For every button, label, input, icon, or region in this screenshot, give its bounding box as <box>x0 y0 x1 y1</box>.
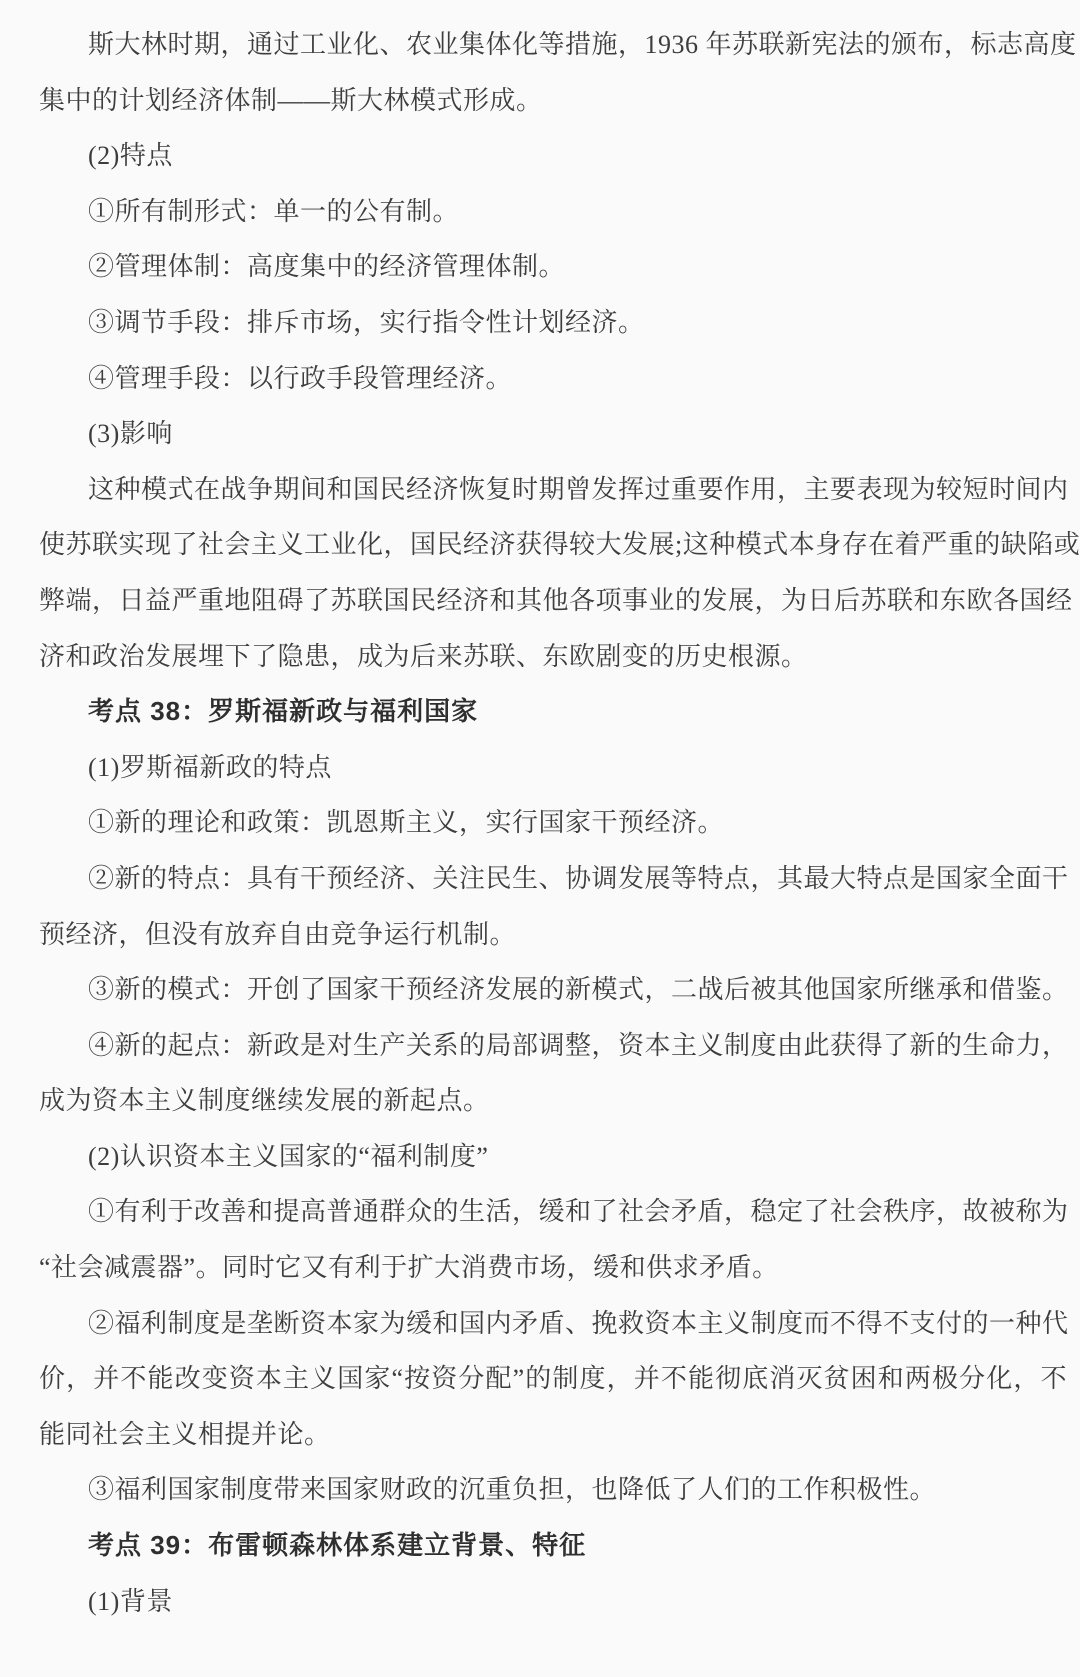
text-line: ②新的特点：具有干预经济、关注民生、协调发展等特点，其最大特点是国家全面干 <box>39 851 1067 907</box>
paragraph: ④新的起点：新政是对生产关系的局部调整，资本主义制度由此获得了新的生命力，成为资… <box>39 1018 1067 1129</box>
text-line: 集中的计划经济体制——斯大林模式形成。 <box>39 73 1067 129</box>
text-line: ④新的起点：新政是对生产关系的局部调整，资本主义制度由此获得了新的生命力， <box>39 1018 1067 1074</box>
text-line: 弊端，日益严重地阻碍了苏联国民经济和其他各项事业的发展，为日后苏联和东欧各国经 <box>39 573 1067 629</box>
text-line: ③调节手段：排斥市场，实行指令性计划经济。 <box>39 295 1067 351</box>
text-line: ①新的理论和政策：凯恩斯主义，实行国家干预经济。 <box>39 795 1067 851</box>
section-heading: 考点 38：罗斯福新政与福利国家 <box>39 684 1067 740</box>
paragraph: ③调节手段：排斥市场，实行指令性计划经济。 <box>39 295 1067 351</box>
paragraph: ①有利于改善和提高普通群众的生活，缓和了社会矛盾，稳定了社会秩序，故被称为“社会… <box>39 1184 1067 1295</box>
text-line: 价，并不能改变资本主义国家“按资分配”的制度，并不能彻底消灭贫困和两极分化，不 <box>39 1351 1067 1407</box>
paragraph: ③新的模式：开创了国家干预经济发展的新模式，二战后被其他国家所继承和借鉴。 <box>39 962 1067 1018</box>
text-line: 斯大林时期，通过工业化、农业集体化等措施，1936 年苏联新宪法的颁布，标志高度 <box>39 17 1067 73</box>
paragraph: ①所有制形式：单一的公有制。 <box>39 184 1067 240</box>
text-line: 这种模式在战争期间和国民经济恢复时期曾发挥过重要作用，主要表现为较短时间内 <box>39 462 1067 518</box>
text-line: ③福利国家制度带来国家财政的沉重负担，也降低了人们的工作积极性。 <box>39 1462 1067 1518</box>
text-line: (3)影响 <box>39 406 1067 462</box>
paragraph: 斯大林时期，通过工业化、农业集体化等措施，1936 年苏联新宪法的颁布，标志高度… <box>39 17 1067 128</box>
paragraph: (2)认识资本主义国家的“福利制度” <box>39 1129 1067 1185</box>
paragraph: (1)背景 <box>39 1574 1067 1630</box>
paragraph: (2)特点 <box>39 128 1067 184</box>
text-line: 使苏联实现了社会主义工业化，国民经济获得较大发展;这种模式本身存在着严重的缺陷或 <box>39 517 1067 573</box>
text-line: “社会减震器”。同时它又有利于扩大消费市场，缓和供求矛盾。 <box>39 1240 1067 1296</box>
text-line: ③新的模式：开创了国家干预经济发展的新模式，二战后被其他国家所继承和借鉴。 <box>39 962 1067 1018</box>
text-line: ②福利制度是垄断资本家为缓和国内矛盾、挽救资本主义制度而不得不支付的一种代 <box>39 1296 1067 1352</box>
section-heading: 考点 39：布雷顿森林体系建立背景、特征 <box>39 1518 1067 1574</box>
paragraph: ①新的理论和政策：凯恩斯主义，实行国家干预经济。 <box>39 795 1067 851</box>
document-page: 斯大林时期，通过工业化、农业集体化等措施，1936 年苏联新宪法的颁布，标志高度… <box>0 0 1080 1677</box>
paragraph: ②福利制度是垄断资本家为缓和国内矛盾、挽救资本主义制度而不得不支付的一种代价，并… <box>39 1296 1067 1463</box>
text-line: ①所有制形式：单一的公有制。 <box>39 184 1067 240</box>
paragraph: ②新的特点：具有干预经济、关注民生、协调发展等特点，其最大特点是国家全面干预经济… <box>39 851 1067 962</box>
text-line: ②管理体制：高度集中的经济管理体制。 <box>39 239 1067 295</box>
text-line: 能同社会主义相提并论。 <box>39 1407 1067 1463</box>
text-line: ①有利于改善和提高普通群众的生活，缓和了社会矛盾，稳定了社会秩序，故被称为 <box>39 1184 1067 1240</box>
text-line: 济和政治发展埋下了隐患，成为后来苏联、东欧剧变的历史根源。 <box>39 629 1067 685</box>
text-line: ④管理手段：以行政手段管理经济。 <box>39 351 1067 407</box>
text-line: 成为资本主义制度继续发展的新起点。 <box>39 1073 1067 1129</box>
paragraph: (3)影响 <box>39 406 1067 462</box>
heading-line: 考点 39：布雷顿森林体系建立背景、特征 <box>39 1518 1067 1574</box>
text-line: (1)罗斯福新政的特点 <box>39 740 1067 796</box>
paragraph: (1)罗斯福新政的特点 <box>39 740 1067 796</box>
text-line: (1)背景 <box>39 1574 1067 1630</box>
text-line: (2)认识资本主义国家的“福利制度” <box>39 1129 1067 1185</box>
heading-line: 考点 38：罗斯福新政与福利国家 <box>39 684 1067 740</box>
paragraph: ④管理手段：以行政手段管理经济。 <box>39 351 1067 407</box>
paragraph: ②管理体制：高度集中的经济管理体制。 <box>39 239 1067 295</box>
paragraph: ③福利国家制度带来国家财政的沉重负担，也降低了人们的工作积极性。 <box>39 1462 1067 1518</box>
text-line: 预经济，但没有放弃自由竞争运行机制。 <box>39 907 1067 963</box>
document-body: 斯大林时期，通过工业化、农业集体化等措施，1936 年苏联新宪法的颁布，标志高度… <box>39 17 1067 1629</box>
text-line: (2)特点 <box>39 128 1067 184</box>
paragraph: 这种模式在战争期间和国民经济恢复时期曾发挥过重要作用，主要表现为较短时间内使苏联… <box>39 462 1067 684</box>
